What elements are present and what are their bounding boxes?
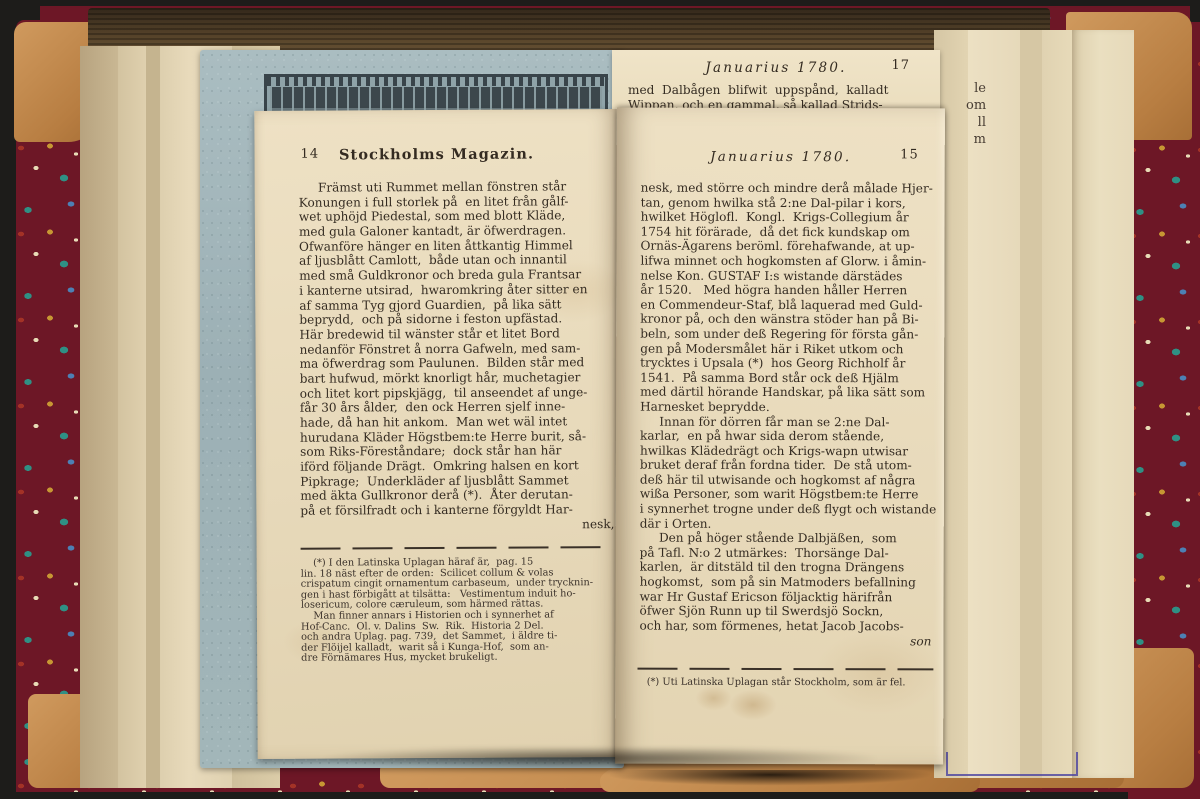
text-line: wet uphöjd Piedestal, som med blott Kläd… <box>299 208 613 224</box>
clipped-text-fragment: le <box>966 81 986 96</box>
text-line: Konungen i full storlek på en litet från… <box>299 194 613 210</box>
text-line: med därtil hörande Handskar, på lika sät… <box>640 385 932 400</box>
clipped-text-fragment: ll <box>966 115 986 130</box>
clipped-text-fragment: om <box>966 98 986 113</box>
page14-body: Främst uti Rummet mellan fönstren stårKo… <box>299 179 615 518</box>
text-line: af samma Tyg gjord Guardien, på lika sät… <box>299 297 613 313</box>
page-14: 14 Stockholms Magazin. Främst uti Rummet… <box>254 109 621 759</box>
text-line: hurudana Kläder Högstbem:te Herre burit,… <box>300 429 614 445</box>
text-line: öfwer Sjön Runn up til Swerdsjö Sockn, <box>640 604 932 619</box>
text-line: med Dalbågen blifwit uppspånd, kalladt <box>628 83 928 98</box>
text-line: i synnerhet trogne under deß flygt och w… <box>640 502 932 517</box>
text-line: ma öfwerdrag som Paulunen. Bilden står m… <box>300 355 614 371</box>
text-line: deß här til utwisande och hogkomst af nå… <box>640 473 932 488</box>
text-line: på et försilfradt och i kanterne förgyld… <box>300 502 614 518</box>
page15-footnotes: (*) Uti Latinska Uplagan står Stockholm,… <box>637 678 937 689</box>
ornament-meander-row <box>267 77 605 86</box>
page14-header: Stockholms Magazin. <box>254 143 618 164</box>
page14-running-title: Stockholms Magazin. <box>339 145 534 163</box>
page-edge-strip <box>118 46 146 788</box>
text-line: Ornäs-Ägarens beröml. förehafwande, at u… <box>640 239 932 254</box>
text-line: bruket deraf från fordna tider. De stå u… <box>640 458 932 473</box>
text-line: gen på Modersmålet här i Riket utkom och <box>640 341 932 356</box>
page-edge-strip <box>146 46 160 788</box>
text-line: Innan för dörren får man se 2:ne Dal- <box>640 414 932 429</box>
text-line: Den på höger stående Dalbjäßen, som <box>640 531 932 546</box>
text-line: där i Orten. <box>640 516 932 531</box>
page-edge-strip <box>1020 30 1042 778</box>
text-line: i kanterne utsirad, hwaromkring åter sit… <box>299 282 613 298</box>
text-line: som Riks-Föreståndare; dock står han här <box>300 443 614 459</box>
text-line: och har, som förmenes, hetat Jacob Jacob… <box>639 618 931 633</box>
text-line: (*) Uti Latinska Uplagan står Stockholm,… <box>637 678 937 689</box>
page15-body: nesk, med större och mindre derå målade … <box>639 181 932 634</box>
text-line: wißa Personer, som warit Högstbem:te Her… <box>640 487 932 502</box>
page-15: Januarius 1780. 15 nesk, med större och … <box>615 108 945 765</box>
text-line: nelse Kon. GUSTAF I:s wistande därstädes <box>640 268 932 283</box>
text-line: beln, som under deß Regering för första … <box>640 327 932 342</box>
text-line: karlen, är ditstäld til den trogna Dräng… <box>640 560 932 575</box>
text-line: hwilket Höglofl. Kongl. Krigs-Collegium … <box>641 210 933 225</box>
text-line: år 1520. Med högra handen håller Herren <box>640 283 932 298</box>
endpaper <box>1072 30 1134 778</box>
text-line: med små Guldkronor och breda gula Frants… <box>299 267 613 283</box>
text-line: war Hr Gustaf Ericson följacktig härifrå… <box>640 589 932 604</box>
text-line: en Commendeur-Staf, blå laquerad med Gul… <box>640 297 932 312</box>
page14-footnotes: (*) I den Latinska Uplagan häraf är, pag… <box>301 557 618 665</box>
text-line: Främst uti Rummet mellan fönstren står <box>299 179 613 195</box>
text-line: och litet kort pipskjägg, til anseendet … <box>300 385 614 401</box>
page17-running-title: Januarius 1780. <box>705 60 846 76</box>
ornament-lace-row <box>270 87 602 111</box>
book-photograph: le om ll m Januarius 1780. 17 med Dalbåg… <box>0 0 1200 799</box>
text-line: 1541. På samma Bord står ock deß Hjälm <box>640 370 932 385</box>
page-edge-strip <box>80 46 118 788</box>
text-line: iförd följande Drägt. Omkring halsen en … <box>300 458 614 474</box>
text-line: hade, då han hit ankom. Man wet wäl inte… <box>300 414 614 430</box>
text-line: tan, genom hwilka stå 2:ne Dal-pilar i k… <box>641 195 933 210</box>
page15-number: 15 <box>900 147 919 162</box>
text-line: nesk, med större och mindre derå målade … <box>641 181 933 196</box>
page17-number: 17 <box>891 58 910 73</box>
text-line: lifwa minnet och hogkomsten af Glorw. i … <box>640 254 932 269</box>
text-line: karlar, en på hwar sida derom stående, <box>640 429 932 444</box>
page15-header: Januarius 1780. <box>617 146 945 166</box>
page15-running-title: Januarius 1780. <box>710 149 851 165</box>
text-line: trycktes i Upsala (*) hos Georg Richholf… <box>640 356 932 371</box>
right-page-edge-stack: le om ll m <box>934 30 1134 778</box>
text-line: på Tafl. N:o 2 utmärkes: Thorsänge Dal- <box>640 545 932 560</box>
text-line: med gula Galoner kantadt, är öfwerdragen… <box>299 223 613 239</box>
text-line: hogkomst, som på sin Matmoders befallnin… <box>640 575 932 590</box>
text-line: Harnesket beprydde. <box>640 400 932 415</box>
page15-footnote-rule <box>637 668 933 671</box>
text-line: beprydd, och på sidorne i feston upfästa… <box>299 311 613 327</box>
text-line: bart hufwud, mörkt knorligt hår, mucheta… <box>300 370 614 386</box>
text-line: hwilkas Klädedrägt och Krigs-wapn utwisa… <box>640 443 932 458</box>
text-line: dre Förnämares Hus, mycket brukeligt. <box>301 652 617 664</box>
page-edge-strip <box>1042 30 1072 778</box>
clipped-text-fragment: m <box>966 132 986 147</box>
library-stamp-outline <box>946 752 1078 776</box>
page14-footnote-rule <box>301 546 609 550</box>
text-line: 1754 hit förärade, då det fick kundskap … <box>641 224 933 239</box>
text-line: kronor på, och den wänstra stöder han på… <box>640 312 932 327</box>
page15-catchword: son <box>639 634 931 649</box>
spine-gap-shadow <box>610 770 930 786</box>
page14-catchword: nesk, <box>300 517 614 533</box>
text-line: får 30 års ålder, den ock Herren sjelf i… <box>300 399 614 415</box>
text-line: Här bredewid til wänster står et litet B… <box>299 326 613 342</box>
